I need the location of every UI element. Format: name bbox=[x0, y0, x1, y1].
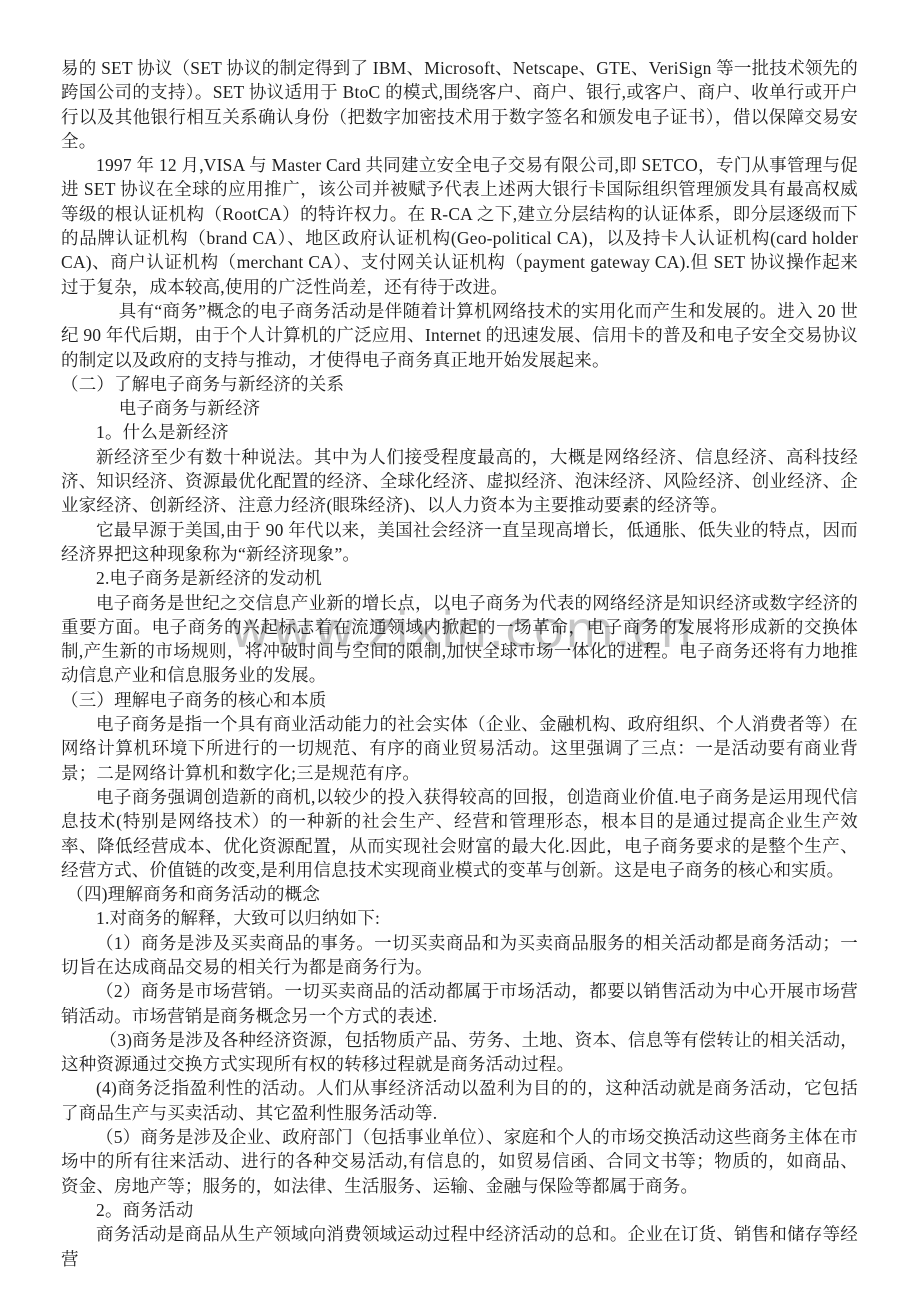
subheading: 2。商务活动 bbox=[61, 1198, 858, 1222]
document-body: 易的 SET 协议（SET 协议的制定得到了 IBM、Microsoft、Net… bbox=[61, 56, 858, 1271]
paragraph: （3)商务是涉及各种经济资源，包括物质产品、劳务、土地、资本、信息等有偿转让的相… bbox=[61, 1028, 858, 1077]
paragraph: 商务活动是商品从生产领域向消费领域运动过程中经济活动的总和。企业在订货、销售和储… bbox=[61, 1222, 858, 1271]
paragraph: (4)商务泛指盈利性的活动。人们从事经济活动以盈利为目的的，这种活动就是商务活动… bbox=[61, 1076, 858, 1125]
document-page: www.zixin.com.cn 易的 SET 协议（SET 协议的制定得到了 … bbox=[0, 0, 920, 1302]
paragraph: 1997 年 12 月,VISA 与 Master Card 共同建立安全电子交… bbox=[61, 153, 858, 299]
paragraph: 电子商务强调创造新的商机,以较少的投入获得较高的回报，创造商业价值.电子商务是运… bbox=[61, 785, 858, 882]
paragraph: 具有“商务”概念的电子商务活动是伴随着计算机网络技术的实用化而产生和发展的。进入… bbox=[61, 299, 858, 372]
subheading: 电子商务与新经济 bbox=[61, 396, 858, 420]
section-heading: （三）理解电子商务的核心和本质 bbox=[61, 688, 858, 712]
paragraph: 电子商务是指一个具有商业活动能力的社会实体（企业、金融机构、政府组织、个人消费者… bbox=[61, 712, 858, 785]
paragraph: （1）商务是涉及买卖商品的事务。一切买卖商品和为买卖商品服务的相关活动都是商务活… bbox=[61, 931, 858, 980]
paragraph: （2）商务是市场营销。一切买卖商品的活动都属于市场活动，都要以销售活动为中心开展… bbox=[61, 979, 858, 1028]
paragraph: 电子商务是世纪之交信息产业新的增长点，以电子商务为代表的网络经济是知识经济或数字… bbox=[61, 591, 858, 688]
paragraph: 新经济至少有数十种说法。其中为人们接受程度最高的，大概是网络经济、信息经济、高科… bbox=[61, 445, 858, 518]
paragraph: 易的 SET 协议（SET 协议的制定得到了 IBM、Microsoft、Net… bbox=[61, 56, 858, 153]
paragraph: 它最早源于美国,由于 90 年代以来，美国社会经济一直呈现高增长，低通胀、低失业… bbox=[61, 518, 858, 567]
section-heading: （四)理解商务和商务活动的概念 bbox=[61, 882, 858, 906]
subheading: 1。什么是新经济 bbox=[61, 420, 858, 444]
subheading: 1.对商务的解释，大致可以归纳如下: bbox=[61, 906, 858, 930]
subheading: 2.电子商务是新经济的发动机 bbox=[61, 566, 858, 590]
paragraph: （5）商务是涉及企业、政府部门（包括事业单位）、家庭和个人的市场交换活动这些商务… bbox=[61, 1125, 858, 1198]
section-heading: （二）了解电子商务与新经济的关系 bbox=[61, 372, 858, 396]
